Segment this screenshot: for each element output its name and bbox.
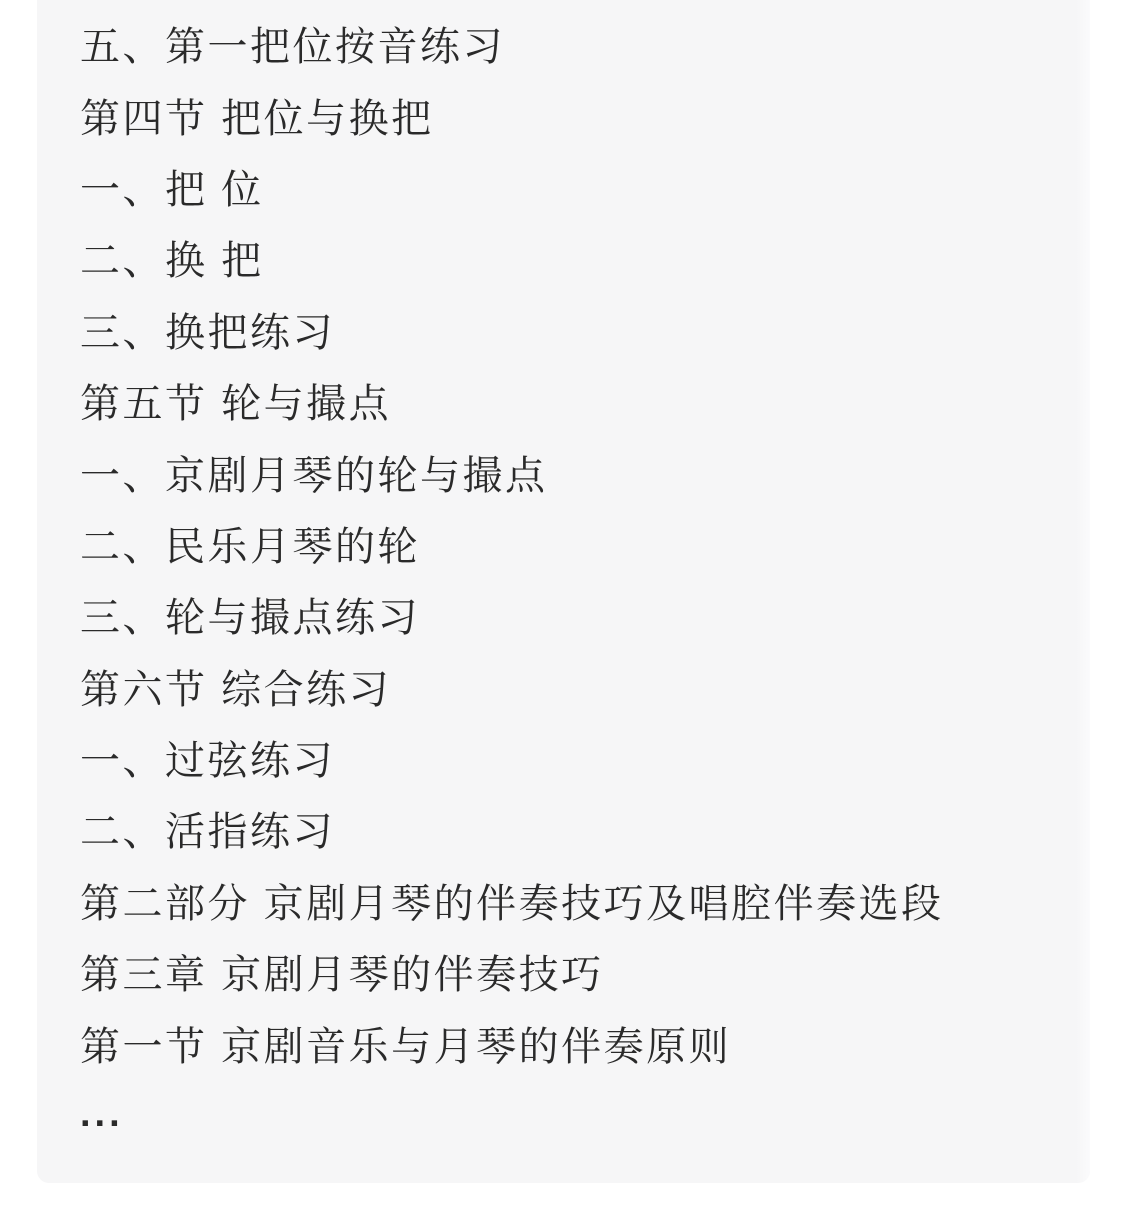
toc-line: 一、京剧月琴的轮与撮点 — [80, 436, 1070, 507]
toc-line: 二、换 把 — [80, 222, 1070, 293]
toc-line: 二、民乐月琴的轮 — [80, 508, 1070, 579]
toc-card: 五、第一把位按音练习第四节 把位与换把一、把 位二、换 把三、换把练习第五节 轮… — [37, 0, 1090, 1183]
toc-line: 第三章 京剧月琴的伴奏技巧 — [80, 936, 1070, 1007]
toc-line: 五、第一把位按音练习 — [80, 8, 1070, 79]
toc-line: 第一节 京剧音乐与月琴的伴奏原则 — [80, 1007, 1070, 1078]
toc-line: 二、活指练习 — [80, 793, 1070, 864]
toc-line: 第五节 轮与撮点 — [80, 365, 1070, 436]
page: 五、第一把位按音练习第四节 把位与换把一、把 位二、换 把三、换把练习第五节 轮… — [0, 0, 1125, 1221]
toc-line: 第六节 综合练习 — [80, 651, 1070, 722]
toc-line: 第四节 把位与换把 — [80, 79, 1070, 150]
toc-line: 三、轮与撮点练习 — [80, 579, 1070, 650]
toc-list: 五、第一把位按音练习第四节 把位与换把一、把 位二、换 把三、换把练习第五节 轮… — [80, 8, 1070, 1150]
toc-line: 一、把 位 — [80, 151, 1070, 222]
toc-line: ... — [80, 1079, 1070, 1150]
toc-line: 一、过弦练习 — [80, 722, 1070, 793]
toc-line: 三、换把练习 — [80, 294, 1070, 365]
toc-line: 第二部分 京剧月琴的伴奏技巧及唱腔伴奏选段 — [80, 865, 1070, 936]
